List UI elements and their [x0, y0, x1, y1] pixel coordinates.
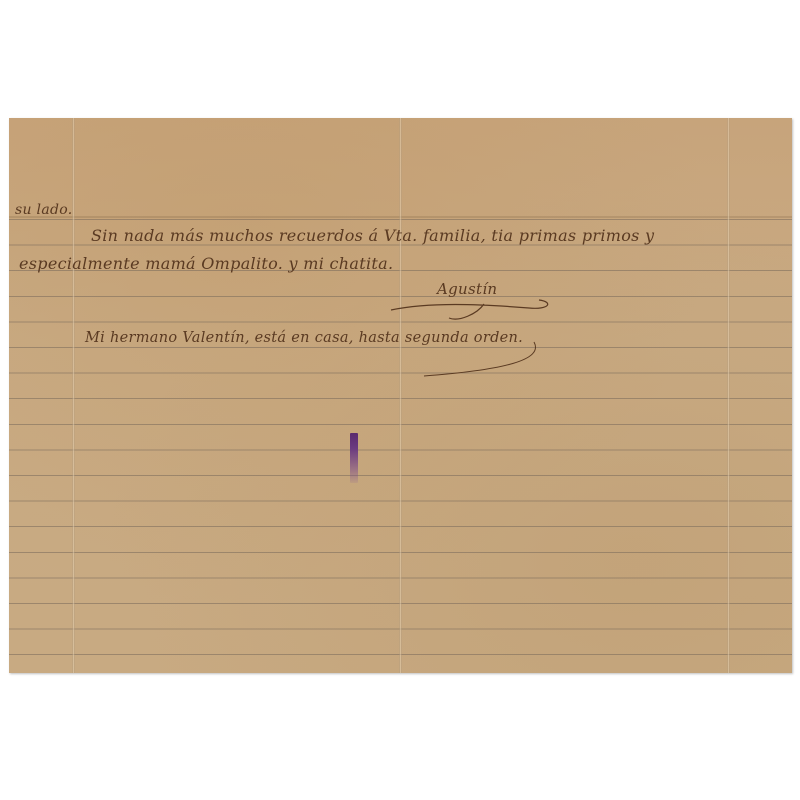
postscript-flourish — [414, 340, 544, 380]
fold-crease-right — [727, 118, 730, 673]
handwritten-line-2: Sin nada más muchos recuerdos á Vta. fam… — [91, 226, 654, 245]
fold-crease-center — [399, 118, 402, 673]
handwritten-line-1: su lado. — [15, 202, 72, 218]
signature-flourish — [389, 296, 559, 326]
purple-ink-mark — [350, 433, 358, 483]
letter-paper: su lado. Sin nada más muchos recuerdos á… — [9, 118, 792, 673]
handwritten-line-3: especialmente mamá Ompalito. y mi chatit… — [19, 254, 393, 273]
